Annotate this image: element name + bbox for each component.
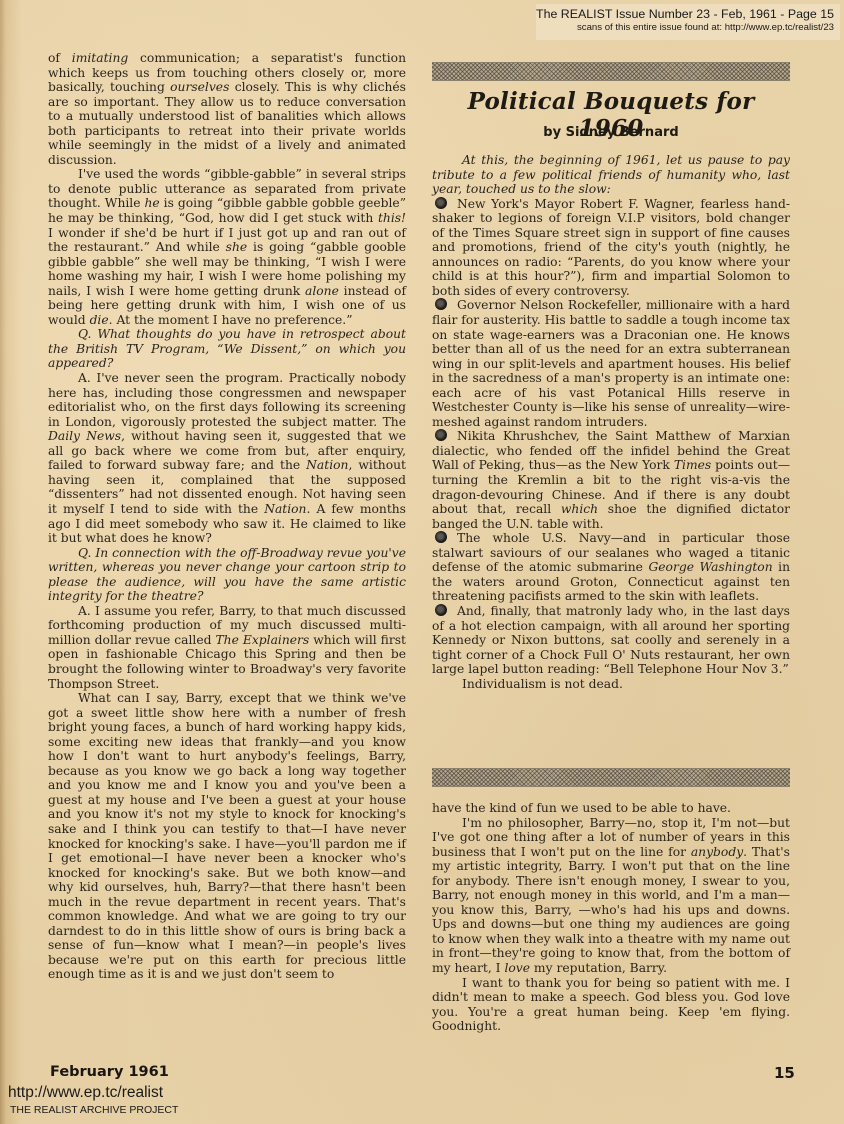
watermark-title: The REALIST Issue Number 23 - Feb, 1961 …: [536, 6, 834, 22]
left-column-interview: of imitating communication; a separatist…: [48, 51, 406, 982]
article-body: At this, the beginning of 1961, let us p…: [432, 153, 790, 691]
paragraph: I'm no philosopher, Barry—no, stop it, I…: [432, 816, 790, 976]
article-intro: At this, the beginning of 1961, let us p…: [432, 153, 790, 197]
bouquet-item: And, finally, that matronly lady who, in…: [432, 604, 790, 677]
bouquet-item: Nikita Khrushchev, the Saint Matthew of …: [432, 429, 790, 531]
watermark-subtitle: scans of this entire issue found at: htt…: [536, 22, 834, 34]
paragraph: of imitating communication; a separatist…: [48, 51, 406, 167]
bullet-dot-icon: [435, 429, 447, 441]
page-number: 15: [774, 1064, 795, 1082]
bouquet-item: New York's Mayor Robert F. Wagner, fearl…: [432, 197, 790, 299]
interview-question: Q. What thoughts do you have in retrospe…: [48, 327, 406, 371]
archive-project-name: THE REALIST ARCHIVE PROJECT: [10, 1104, 178, 1116]
interview-answer: A. I've never seen the program. Practica…: [48, 371, 406, 546]
article-closing: Individualism is not dead.: [432, 677, 790, 692]
bullet-dot-icon: [435, 197, 447, 209]
hatched-rule-top: [432, 62, 790, 81]
right-column-interview-continued: have the kind of fun we used to be able …: [432, 801, 790, 1034]
bullet-dot-icon: [435, 531, 447, 543]
paragraph: I've used the words “gibble-gabble” in s…: [48, 167, 406, 327]
bouquet-item: Governor Nelson Rockefeller, millionaire…: [432, 298, 790, 429]
interview-answer: A. I assume you refer, Barry, to that mu…: [48, 604, 406, 691]
paragraph: I want to thank you for being so patient…: [432, 976, 790, 1034]
bullet-dot-icon: [435, 298, 447, 310]
interview-question: Q. In connection with the off-Broadway r…: [48, 546, 406, 604]
paragraph: have the kind of fun we used to be able …: [432, 801, 790, 816]
archive-watermark-header: The REALIST Issue Number 23 - Feb, 1961 …: [536, 4, 840, 40]
paragraph: What can I say, Barry, except that we th…: [48, 691, 406, 982]
bouquet-item: The whole U.S. Navy—and in particular th…: [432, 531, 790, 604]
hatched-rule-bottom: [432, 768, 790, 787]
footer-date: February 1961: [50, 1064, 169, 1080]
bullet-dot-icon: [435, 604, 447, 616]
archive-url-link[interactable]: http://www.ep.tc/realist: [8, 1084, 163, 1102]
article-byline: by Sidney Bernard: [432, 125, 790, 140]
